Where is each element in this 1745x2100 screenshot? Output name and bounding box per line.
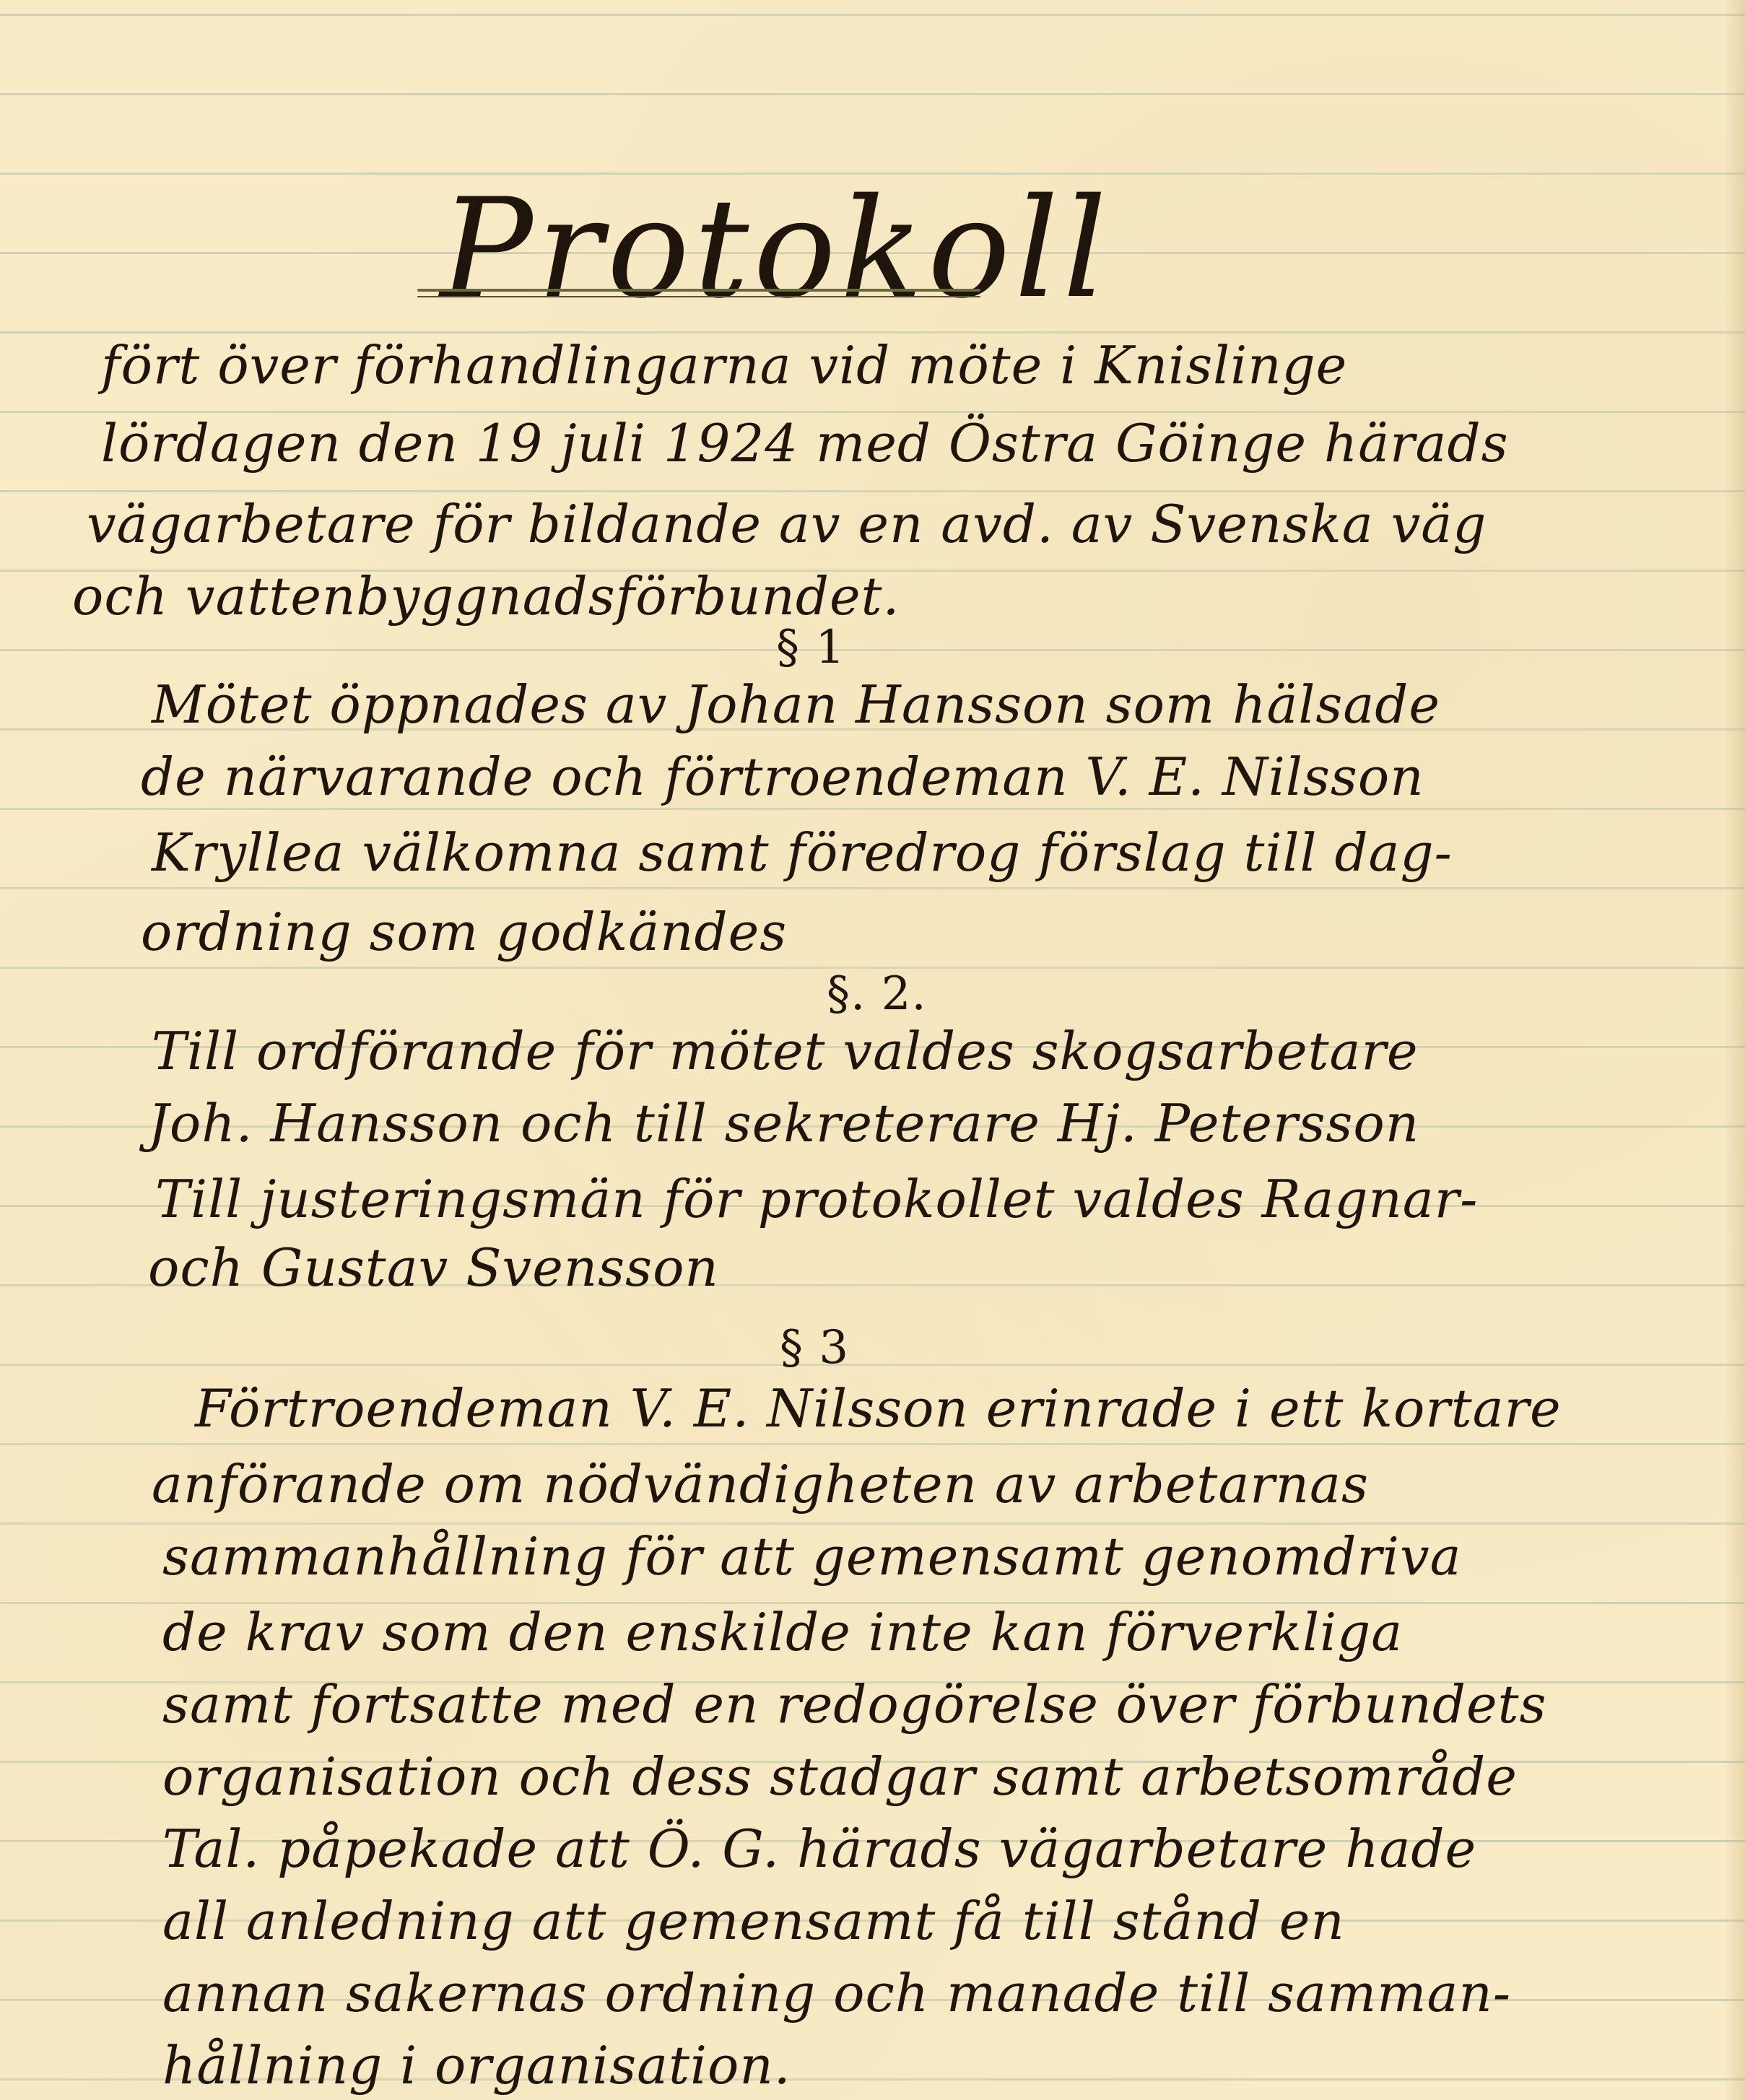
section-line: annan sakernas ordning och manade till s… (162, 1967, 1511, 2019)
section-mark: § 1 (776, 621, 845, 674)
section-line: och Gustav Svensson (148, 1242, 719, 1294)
section-line: de närvarande och förtroendeman V. E. Ni… (141, 751, 1424, 803)
section-line: organisation och dess stadgar samt arbet… (162, 1751, 1518, 1803)
section-line: Till ordförande för mötet valdes skogsar… (152, 1025, 1419, 1077)
intro-line: fört över förhandlingarna vid möte i Kni… (101, 339, 1347, 391)
intro-line: vägarbetare för bildande av en avd. av S… (87, 498, 1487, 550)
section-line: all anledning att gemensamt få till stån… (162, 1895, 1345, 1947)
section-line: de krav som den enskilde inte kan förver… (162, 1606, 1403, 1658)
section-line: Mötet öppnades av Johan Hansson som häls… (152, 679, 1440, 731)
document-page: Protokoll fört över förhandlingarna vid … (0, 0, 1745, 2100)
section-line: Kryllea välkomna samt föredrog förslag t… (152, 827, 1453, 879)
section-mark: §. 2. (827, 967, 927, 1021)
section-mark: § 3 (780, 1321, 849, 1374)
section-line: Tal. påpekade att Ö. G. härads vägarbeta… (162, 1823, 1476, 1875)
section-line: sammanhållning för att gemensamt genomdr… (162, 1530, 1462, 1582)
title-underline (417, 289, 980, 292)
title-underline-secondary (417, 296, 980, 297)
intro-line: lördagen den 19 juli 1924 med Östra Göin… (101, 417, 1509, 469)
section-line: anförande om nödvändigheten av arbetarna… (152, 1458, 1369, 1510)
intro-line: och vattenbyggnadsförbundet. (72, 570, 900, 622)
section-line: Joh. Hansson och till sekreterare Hj. Pe… (148, 1097, 1419, 1149)
section-line: Till justeringsmän för protokollet valde… (155, 1173, 1478, 1225)
section-line: ordning som godkändes (141, 906, 787, 958)
section-line: samt fortsatte med en redogörelse över f… (162, 1678, 1546, 1730)
section-line: hållning i organisation. (162, 2039, 791, 2091)
section-line: Förtroendeman V. E. Nilsson erinrade i e… (195, 1382, 1562, 1434)
